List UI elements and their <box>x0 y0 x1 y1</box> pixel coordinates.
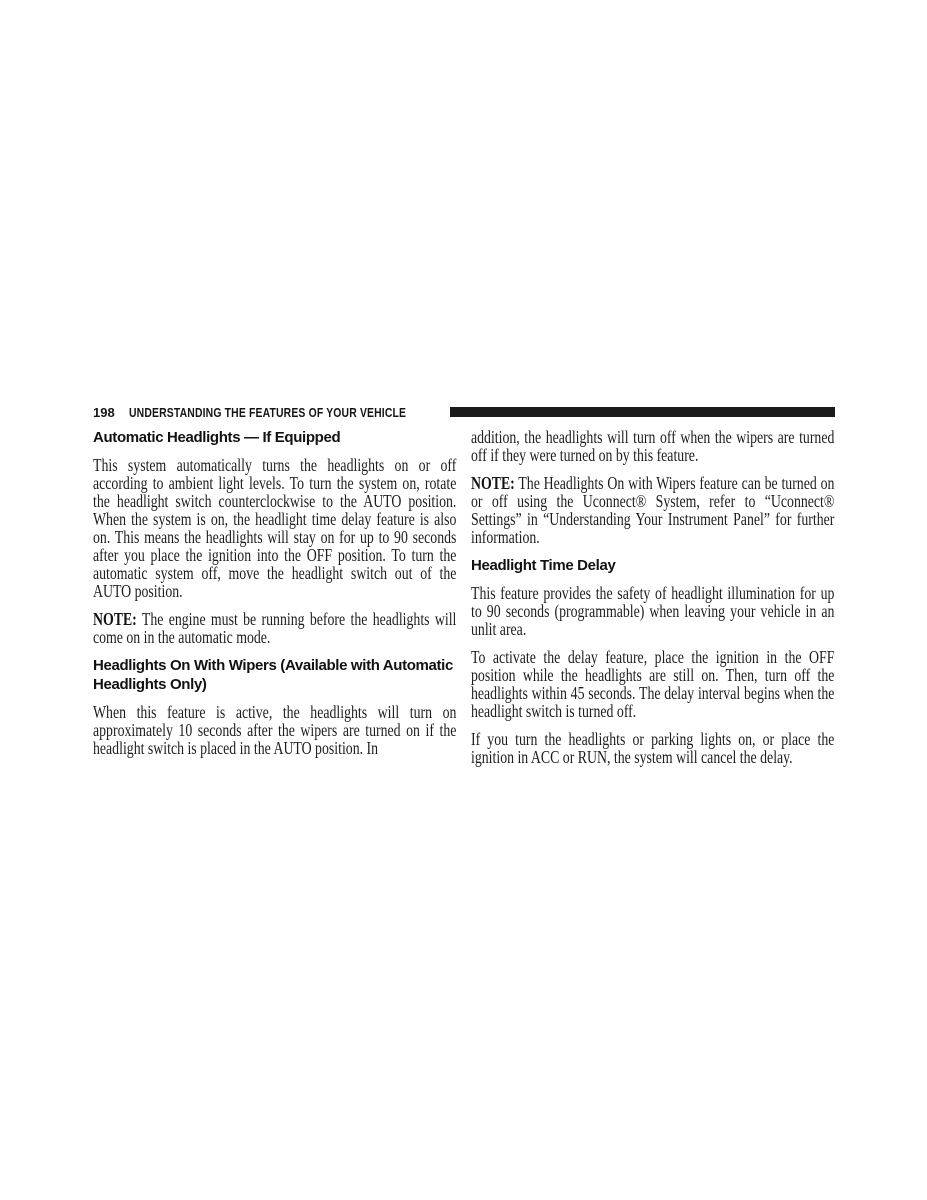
automatic-headlights-paragraph: This system automatically turns the head… <box>93 456 456 600</box>
time-delay-paragraph-1: This feature provides the safety of head… <box>471 584 834 638</box>
time-delay-paragraph-3: If you turn the headlights or parking li… <box>471 730 834 766</box>
note-paragraph: NOTE: The Headlights On with Wipers feat… <box>471 474 834 546</box>
note-label: NOTE: <box>93 609 137 629</box>
page-number: 198 <box>93 406 115 420</box>
left-column: Automatic Headlights — If Equipped This … <box>93 428 458 767</box>
headlights-on-with-wipers-paragraph: When this feature is active, the headlig… <box>93 703 456 757</box>
note-paragraph: NOTE: The engine must be running before … <box>93 610 456 646</box>
note-text: The engine must be running before the he… <box>93 609 456 647</box>
section-heading-headlights-on-with-wipers: Headlights On With Wipers (Available wit… <box>93 656 458 694</box>
wipers-continuation-paragraph: addition, the headlights will turn off w… <box>471 428 834 464</box>
time-delay-paragraph-2: To activate the delay feature, place the… <box>471 648 834 720</box>
note-text: The Headlights On with Wipers feature ca… <box>471 473 834 547</box>
manual-page: 198 UNDERSTANDING THE FEATURES OF YOUR V… <box>0 0 927 1200</box>
header-rule-bar <box>450 407 835 417</box>
right-column: addition, the headlights will turn off w… <box>471 428 836 776</box>
note-label: NOTE: <box>471 473 515 493</box>
section-heading-automatic-headlights: Automatic Headlights — If Equipped <box>93 428 458 447</box>
running-header-title: UNDERSTANDING THE FEATURES OF YOUR VEHIC… <box>129 406 406 420</box>
section-heading-headlight-time-delay: Headlight Time Delay <box>471 556 836 575</box>
